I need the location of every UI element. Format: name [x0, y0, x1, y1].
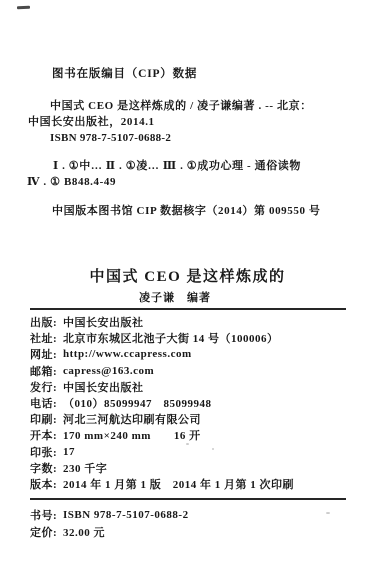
cip-heading: 图书在版编目（CIP）数据 — [52, 68, 197, 81]
info-value: 中国长安出版社 — [63, 379, 144, 395]
isbn-price-block: 书号: ISBN 978-7-5107-0688-2 定价: 32.00 元 — [30, 507, 360, 540]
scan-artifact-mark — [17, 6, 30, 9]
book-title: 中国式 CEO 是这样炼成的 — [0, 265, 375, 286]
info-row-distributor: 发行: 中国长安出版社 — [30, 379, 360, 395]
info-row-address: 社址: 北京市东城区北池子大街 14 号（100006） — [30, 330, 360, 346]
info-label: 发行: — [30, 379, 63, 395]
info-label: 电话: — [30, 395, 63, 411]
info-value: 中国长安出版社 — [63, 314, 144, 330]
info-label: 印刷: — [30, 411, 63, 427]
cip-isbn-line: ISBN 978-7-5107-0688-2 — [50, 132, 171, 145]
cip-description-line-1: 中国式 CEO 是这样炼成的 / 凌子谦编著 . -- 北京： — [50, 100, 312, 113]
book-copyright-page: 图书在版编目（CIP）数据 中国式 CEO 是这样炼成的 / 凌子谦编著 . -… — [0, 0, 375, 588]
info-label: 印张: — [30, 444, 63, 460]
cip-record-number: 中国版本图书馆 CIP 数据核字（2014）第 009550 号 — [52, 205, 321, 218]
info-label: 字数: — [30, 460, 63, 476]
scan-speck — [186, 443, 189, 445]
info-row-isbn: 书号: ISBN 978-7-5107-0688-2 — [30, 507, 360, 524]
info-label: 邮箱: — [30, 363, 63, 379]
info-value: 2014 年 1 月第 1 版 2014 年 1 月第 1 次印刷 — [63, 476, 294, 492]
publication-info: 出版: 中国长安出版社 社址: 北京市东城区北池子大街 14 号（100006）… — [30, 314, 360, 492]
info-value: 230 千字 — [63, 460, 107, 476]
info-value: （010）85099947 85099948 — [63, 395, 212, 411]
info-value: 河北三河航达印刷有限公司 — [63, 411, 201, 427]
info-value: ISBN 978-7-5107-0688-2 — [63, 509, 189, 521]
info-row-price: 定价: 32.00 元 — [30, 524, 360, 541]
cip-classification-line-2: Ⅳ . ① B848.4-49 — [27, 176, 116, 189]
info-row-sheets: 印张: 17 — [30, 444, 360, 460]
info-row-publisher: 出版: 中国长安出版社 — [30, 314, 360, 330]
info-row-format: 开本: 170 mm×240 mm 16 开 — [30, 427, 360, 443]
divider-rule-bottom — [30, 498, 346, 500]
info-label: 书号: — [30, 507, 63, 523]
book-author: 凌子谦 编著 — [0, 289, 350, 305]
info-row-email: 邮箱: capress@163.com — [30, 363, 360, 379]
info-value: 170 mm×240 mm 16 开 — [63, 427, 201, 443]
scan-speck — [212, 448, 214, 450]
info-row-phone: 电话: （010）85099947 85099948 — [30, 395, 360, 411]
info-label: 网址: — [30, 346, 63, 362]
info-label: 版本: — [30, 476, 63, 492]
info-label: 开本: — [30, 427, 63, 443]
scan-speck — [326, 512, 330, 514]
info-value: 32.00 元 — [63, 524, 105, 540]
info-row-printer: 印刷: 河北三河航达印刷有限公司 — [30, 411, 360, 427]
info-value: http://www.ccapress.com — [63, 348, 192, 360]
info-label: 定价: — [30, 524, 63, 540]
divider-rule-top — [30, 308, 346, 310]
info-value: 17 — [63, 446, 75, 458]
info-label: 出版: — [30, 314, 63, 330]
cip-description-line-2: 中国长安出版社，2014.1 — [28, 116, 155, 129]
info-label: 社址: — [30, 330, 63, 346]
info-row-wordcount: 字数: 230 千字 — [30, 460, 360, 476]
info-value: 北京市东城区北池子大街 14 号（100006） — [63, 330, 279, 346]
cip-classification-line-1: Ⅰ . ①中… Ⅱ . ①凌… Ⅲ . ①成功心理 - 通俗读物 — [53, 160, 301, 173]
info-value: capress@163.com — [63, 365, 154, 377]
info-row-edition: 版本: 2014 年 1 月第 1 版 2014 年 1 月第 1 次印刷 — [30, 476, 360, 492]
info-row-website: 网址: http://www.ccapress.com — [30, 346, 360, 362]
